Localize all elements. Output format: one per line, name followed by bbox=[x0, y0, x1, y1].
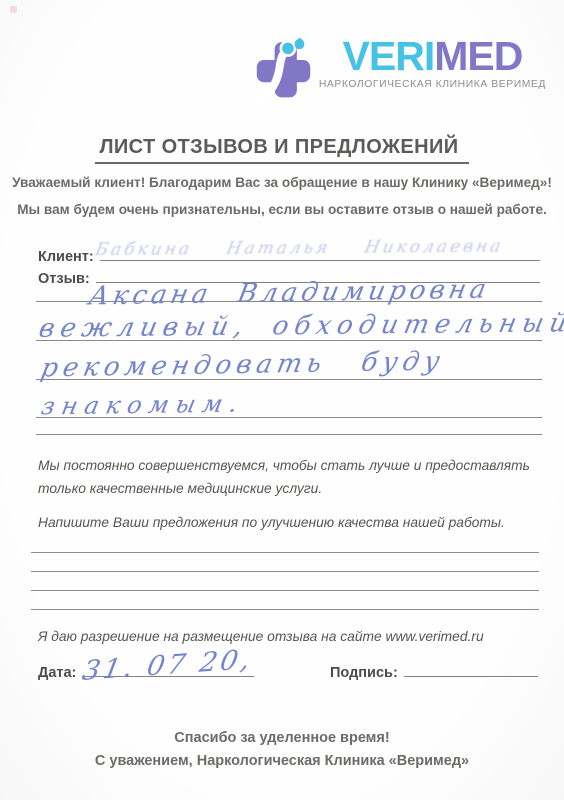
client-label: Клиент: bbox=[38, 249, 94, 265]
review-ruled-line-3 bbox=[36, 379, 542, 380]
suggestion-line-2 bbox=[31, 571, 539, 572]
clinic-logo: VERIMED НАРКОЛОГИЧЕСКАЯ КЛИНИКА ВЕРИМЕД bbox=[255, 36, 546, 100]
suggestion-line-1 bbox=[31, 552, 539, 553]
logo-text: VERIMED НАРКОЛОГИЧЕСКАЯ КЛИНИКА ВЕРИМЕД bbox=[319, 36, 546, 90]
signature-label: Подпись: bbox=[330, 665, 398, 681]
brand-veri: VERI bbox=[343, 33, 435, 79]
client-write-line bbox=[100, 245, 540, 261]
date-field-row: Дата: bbox=[38, 661, 254, 681]
quality-note: Мы постоянно совершенствуемся, чтобы ста… bbox=[38, 454, 536, 500]
client-field-row: Клиент: bbox=[38, 245, 540, 265]
footer: Спасибо за уделенное время! С уважением,… bbox=[0, 727, 564, 773]
review-handwriting-line-3: рекомендовать буду bbox=[38, 346, 447, 383]
review-handwriting-line-4: знакомым. bbox=[39, 390, 247, 421]
signature-field-row: Подпись: bbox=[330, 661, 538, 681]
suggestion-line-3 bbox=[31, 590, 539, 591]
suggestion-line-4 bbox=[31, 609, 539, 610]
permission-note: Я даю разрешение на размещение отзыва на… bbox=[38, 625, 538, 648]
medical-cross-person-icon bbox=[255, 36, 312, 100]
intro-line-1: Уважаемый клиент! Благодарим Вас за обра… bbox=[10, 169, 554, 196]
logo-subtitle: НАРКОЛОГИЧЕСКАЯ КЛИНИКА ВЕРИМЕД bbox=[319, 79, 546, 90]
scanned-feedback-form: VERIMED НАРКОЛОГИЧЕСКАЯ КЛИНИКА ВЕРИМЕД … bbox=[0, 0, 564, 800]
review-write-line bbox=[96, 267, 540, 283]
review-ruled-line-1 bbox=[36, 301, 542, 302]
brand-wordmark: VERIMED bbox=[343, 36, 523, 76]
review-ruled-line-4 bbox=[36, 417, 542, 418]
footer-thanks: Спасибо за уделенное время! bbox=[0, 727, 564, 750]
scan-artifact-dot bbox=[10, 6, 17, 13]
date-label: Дата: bbox=[38, 665, 76, 681]
review-ruled-line-5 bbox=[36, 434, 542, 435]
review-label: Отзыв: bbox=[38, 271, 90, 287]
review-ruled-line-2 bbox=[36, 340, 542, 341]
intro-text: Уважаемый клиент! Благодарим Вас за обра… bbox=[10, 169, 554, 223]
page-title: ЛИСТ ОТЗЫВОВ И ПРЕДЛОЖЕНИЙ bbox=[95, 136, 468, 164]
date-write-line bbox=[82, 661, 254, 677]
title-wrap: ЛИСТ ОТЗЫВОВ И ПРЕДЛОЖЕНИЙ bbox=[0, 136, 564, 164]
brand-med: MED bbox=[434, 33, 522, 79]
footer-signoff: С уважением, Наркологическая Клиника «Ве… bbox=[0, 750, 564, 773]
signature-write-line bbox=[404, 661, 538, 677]
suggestions-prompt: Напишите Ваши предложения по улучшению к… bbox=[38, 511, 538, 534]
intro-line-2: Мы вам будем очень признательны, если вы… bbox=[10, 196, 554, 223]
review-handwriting-line-2: вежливый, обходительный, bbox=[36, 308, 564, 344]
review-field-row: Отзыв: bbox=[38, 267, 540, 287]
